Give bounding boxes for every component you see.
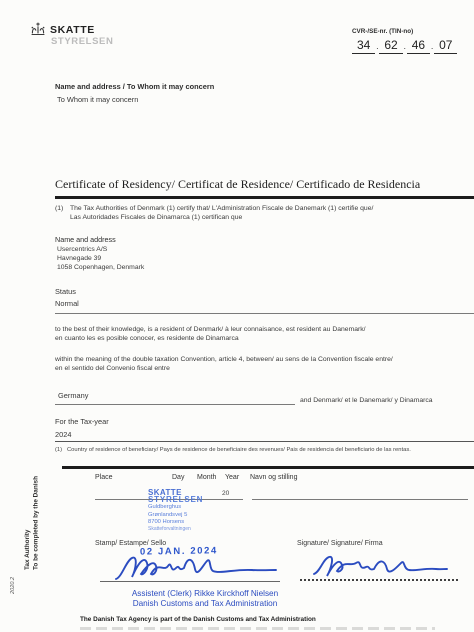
signer-organisation: Danish Customs and Tax Administration — [95, 599, 315, 608]
cvr-group-1: 34 — [352, 38, 375, 54]
beneficiary-label: Name and address — [55, 235, 116, 244]
tax-year-rule — [55, 441, 474, 442]
status-label: Status — [55, 287, 76, 296]
cvr-label: CVR-/SE-nr. (TIN-no) — [352, 28, 413, 35]
certify-line-2: Las Autoridades Fiscales de Dinamarca (1… — [70, 214, 242, 221]
clerk-signature-2 — [310, 550, 450, 589]
beneficiary-city: 1058 Copenhagen, Denmark — [57, 264, 144, 271]
cvr-group-4: 07 — [434, 38, 457, 54]
name-fill-line — [252, 499, 468, 500]
stamp-line-city: 8700 Horsens — [148, 519, 203, 526]
residency-line-1: to the best of their knowledge, is a res… — [55, 326, 366, 333]
status-value: Normal — [55, 299, 79, 308]
beneficiary-street: Havnegade 39 — [57, 255, 101, 262]
side-label: To be completed by the Danish Tax Author… — [24, 474, 41, 570]
tax-year-label: For the Tax-year — [55, 417, 109, 426]
logo-styrelsen-text: STYRELSEN — [51, 36, 113, 47]
tax-year-value: 2024 — [55, 430, 71, 439]
clerk-signature — [112, 551, 280, 590]
certificate-of-residency-page: SKATTE STYRELSEN CVR-/SE-nr. (TIN-no) 34… — [0, 0, 474, 632]
country-value: Germany — [58, 391, 88, 400]
col-header-day: Day — [172, 474, 184, 481]
title-rule — [55, 196, 474, 199]
country-and-text: and Denmark/ et le Danemark/ y Dinamarca — [300, 397, 433, 404]
cvr-group-2: 62 — [379, 38, 402, 54]
stamp-line-building: Guldberghus — [148, 504, 203, 511]
status-rule — [55, 313, 474, 314]
footnote-marker: (1) — [55, 447, 62, 453]
col-header-place: Place — [95, 474, 113, 481]
col-header-name: Navn og stilling — [250, 474, 297, 481]
col-header-month: Month — [197, 474, 216, 481]
convention-line-1: within the meaning of the double taxatio… — [55, 356, 393, 363]
footnote-text: Country of residence of beneficiary/ Pay… — [67, 447, 411, 453]
stamp-line-styrelsen: STYRELSEN — [148, 497, 203, 504]
recipient-label: Name and address / To Whom it may concer… — [55, 82, 214, 91]
signature-label: Signature/ Signature/ Firma — [297, 540, 383, 547]
stamp-line-street: Grønlandsvej 5 — [148, 512, 203, 519]
crown-icon — [29, 21, 47, 43]
cutoff-text-remnant — [80, 627, 435, 630]
year-prefix: 20 — [222, 490, 229, 497]
stamp-line-org: Skatteforvaltningen — [148, 526, 203, 533]
certificate-title: Certificate of Residency/ Certificat de … — [55, 177, 420, 192]
beneficiary-name: Usercentrics A/S — [57, 246, 107, 253]
signer-name: Assistent (Clerk) Rikke Kirckhoff Nielse… — [95, 589, 315, 598]
certify-line-1: The Tax Authorities of Denmark (1) certi… — [70, 205, 373, 212]
cvr-group-3: 46 — [407, 38, 430, 54]
office-stamp: SKATTE STYRELSEN Guldberghus Grønlandsve… — [148, 490, 203, 533]
recipient-value: To Whom it may concern — [57, 95, 138, 104]
form-code: 2020.2 — [10, 568, 16, 594]
certify-marker: (1) — [55, 205, 63, 212]
footer-note: The Danish Tax Agency is part of the Dan… — [80, 616, 316, 623]
residency-line-2: en cuanto les es posible conocer, es res… — [55, 335, 239, 342]
side-label-line-1: To be completed by the Danish — [33, 474, 42, 570]
side-label-line-2: Tax Authority — [24, 474, 33, 570]
col-header-year: Year — [225, 474, 239, 481]
convention-line-2: en el sentido del Convenio fiscal entre — [55, 365, 170, 372]
country-underline — [55, 404, 295, 405]
cvr-number: 34.62.46.07 — [352, 38, 457, 54]
section-rule — [62, 466, 474, 469]
logo-skatte-text: SKATTE — [50, 24, 95, 36]
